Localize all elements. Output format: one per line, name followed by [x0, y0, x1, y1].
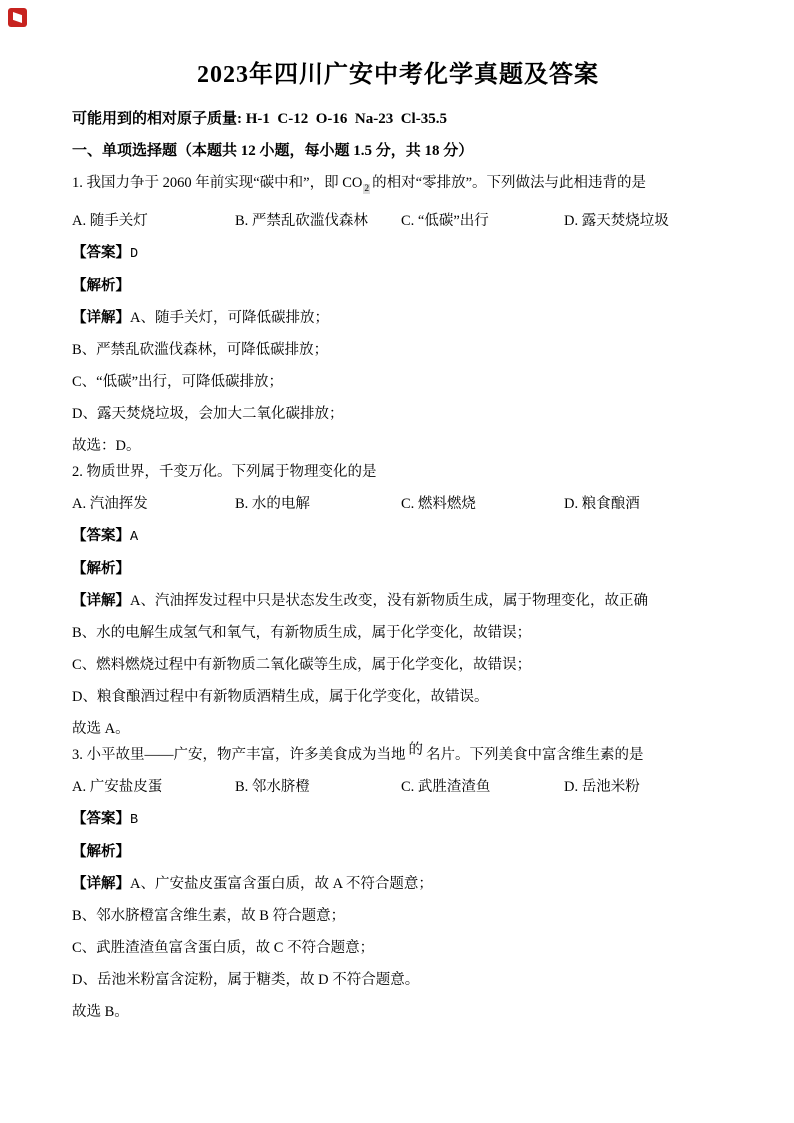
question-1-detail-b: B、严禁乱砍滥伐森林，可降低碳排放； — [72, 341, 724, 360]
question-3-analysis: 【解析】 — [72, 843, 724, 862]
question-3-options: A. 广安盐皮蛋 B. 邻水脐橙 C. 武胜渣渣鱼 D. 岳池米粉 — [72, 778, 724, 797]
question-2-options: A. 汽油挥发 B. 水的电解 C. 燃料燃烧 D. 粮食酿酒 — [72, 495, 724, 514]
question-3-stem: 3. 小平故里——广安，物产丰富，许多美食成为当地的名片。下列美食中富含维生素的… — [72, 746, 724, 765]
stem-text: 名片。下列美食中富含维生素的是 — [426, 747, 644, 763]
detail-tag: 【详解】 — [72, 310, 130, 326]
raised-char: 的 — [409, 741, 424, 760]
atomic-mass-note: 可能用到的相对原子质量: H-1 C-12 O-16 Na-23 Cl-35.5 — [72, 110, 724, 129]
option-c: C. 武胜渣渣鱼 — [401, 778, 564, 797]
document-content: 2023年四川广安中考化学真题及答案 可能用到的相对原子质量: H-1 C-12… — [0, 0, 794, 1022]
analysis-tag: 【解析】 — [72, 278, 130, 294]
question-1-detail-a: 【详解】A、随手关灯，可降低碳排放； — [72, 309, 724, 328]
question-2-conclusion: 故选 A。 — [72, 720, 724, 739]
option-a: A. 随手关灯 — [72, 212, 235, 231]
option-d: D. 粮食酿酒 — [564, 495, 724, 514]
answer-letter: B — [130, 813, 138, 828]
stem-text: 2. 物质世界，千变万化。下列属于物理变化的是 — [72, 464, 377, 480]
analysis-tag: 【解析】 — [72, 844, 130, 860]
question-3-detail-c: C、武胜渣渣鱼富含蛋白质，故 C 不符合题意； — [72, 939, 724, 958]
option-d: D. 岳池米粉 — [564, 778, 724, 797]
question-2-detail-d: D、粮食酿酒过程中有新物质酒精生成，属于化学变化，故错误。 — [72, 688, 724, 707]
question-2-detail-c: C、燃料燃烧过程中有新物质二氧化碳等生成，属于化学变化，故错误； — [72, 656, 724, 675]
question-3-detail-b: B、邻水脐橙富含维生素，故 B 符合题意； — [72, 907, 724, 926]
detail-tag: 【详解】 — [72, 593, 130, 609]
question-1-stem: 1. 我国力争于 2060 年前实现“碳中和”，即 CO2的相对“零排放”。下列… — [72, 174, 724, 199]
question-1-detail-c: C、“低碳”出行，可降低碳排放； — [72, 373, 724, 392]
document-badge-icon — [8, 8, 27, 27]
question-2-answer: 【答案】A — [72, 527, 724, 547]
question-2-analysis: 【解析】 — [72, 560, 724, 579]
question-1-conclusion: 故选：D。 — [72, 437, 724, 456]
question-3: 3. 小平故里——广安，物产丰富，许多美食成为当地的名片。下列美食中富含维生素的… — [72, 746, 724, 1022]
question-2-detail-a: 【详解】A、汽油挥发过程中只是状态发生改变，没有新物质生成，属于物理变化，故正确 — [72, 592, 724, 611]
question-3-answer: 【答案】B — [72, 810, 724, 830]
option-c: C. “低碳”出行 — [401, 212, 564, 231]
option-b: B. 严禁乱砍滥伐森林 — [235, 212, 401, 231]
analysis-tag: 【解析】 — [72, 561, 130, 577]
question-3-detail-d: D、岳池米粉富含淀粉，属于糖类，故 D 不符合题意。 — [72, 971, 724, 990]
detail-tag: 【详解】 — [72, 876, 130, 892]
stem-text: 3. 小平故里——广安，物产丰富，许多美食成为当地 — [72, 747, 406, 763]
question-1-detail-d: D、露天焚烧垃圾，会加大二氧化碳排放； — [72, 405, 724, 424]
question-3-conclusion: 故选 B。 — [72, 1003, 724, 1022]
answer-tag: 【答案】 — [72, 811, 130, 827]
answer-letter: D — [130, 247, 138, 262]
answer-tag: 【答案】 — [72, 528, 130, 544]
question-1-answer: 【答案】D — [72, 244, 724, 264]
stem-text: 的相对“零排放”。下列做法与此相违背的是 — [372, 175, 646, 191]
page-title: 2023年四川广安中考化学真题及答案 — [72, 56, 724, 94]
document-page: 2023年四川广安中考化学真题及答案 可能用到的相对原子质量: H-1 C-12… — [0, 0, 794, 1123]
detail-text: A、随手关灯，可降低碳排放； — [130, 310, 329, 326]
section-header: 一、单项选择题（本题共 12 小题，每小题 1.5 分，共 18 分） — [72, 142, 724, 161]
question-2: 2. 物质世界，千变万化。下列属于物理变化的是 A. 汽油挥发 B. 水的电解 … — [72, 463, 724, 739]
question-1: 1. 我国力争于 2060 年前实现“碳中和”，即 CO2的相对“零排放”。下列… — [72, 174, 724, 456]
answer-letter: A — [130, 530, 138, 545]
question-1-options: A. 随手关灯 B. 严禁乱砍滥伐森林 C. “低碳”出行 D. 露天焚烧垃圾 — [72, 212, 724, 231]
question-1-analysis: 【解析】 — [72, 277, 724, 296]
question-2-detail-b: B、水的电解生成氢气和氧气，有新物质生成，属于化学变化，故错误； — [72, 624, 724, 643]
option-a: A. 汽油挥发 — [72, 495, 235, 514]
option-c: C. 燃料燃烧 — [401, 495, 564, 514]
detail-text: A、汽油挥发过程中只是状态发生改变，没有新物质生成，属于物理变化，故正确 — [130, 593, 648, 609]
subscript-2: 2 — [363, 184, 370, 194]
option-a: A. 广安盐皮蛋 — [72, 778, 235, 797]
option-d: D. 露天焚烧垃圾 — [564, 212, 724, 231]
option-b: B. 邻水脐橙 — [235, 778, 401, 797]
answer-tag: 【答案】 — [72, 245, 130, 261]
option-b: B. 水的电解 — [235, 495, 401, 514]
detail-text: A、广安盐皮蛋富含蛋白质，故 A 不符合题意； — [130, 876, 433, 892]
question-2-stem: 2. 物质世界，千变万化。下列属于物理变化的是 — [72, 463, 724, 482]
stem-text: 1. 我国力争于 2060 年前实现“碳中和”，即 CO — [72, 175, 362, 191]
question-3-detail-a: 【详解】A、广安盐皮蛋富含蛋白质，故 A 不符合题意； — [72, 875, 724, 894]
